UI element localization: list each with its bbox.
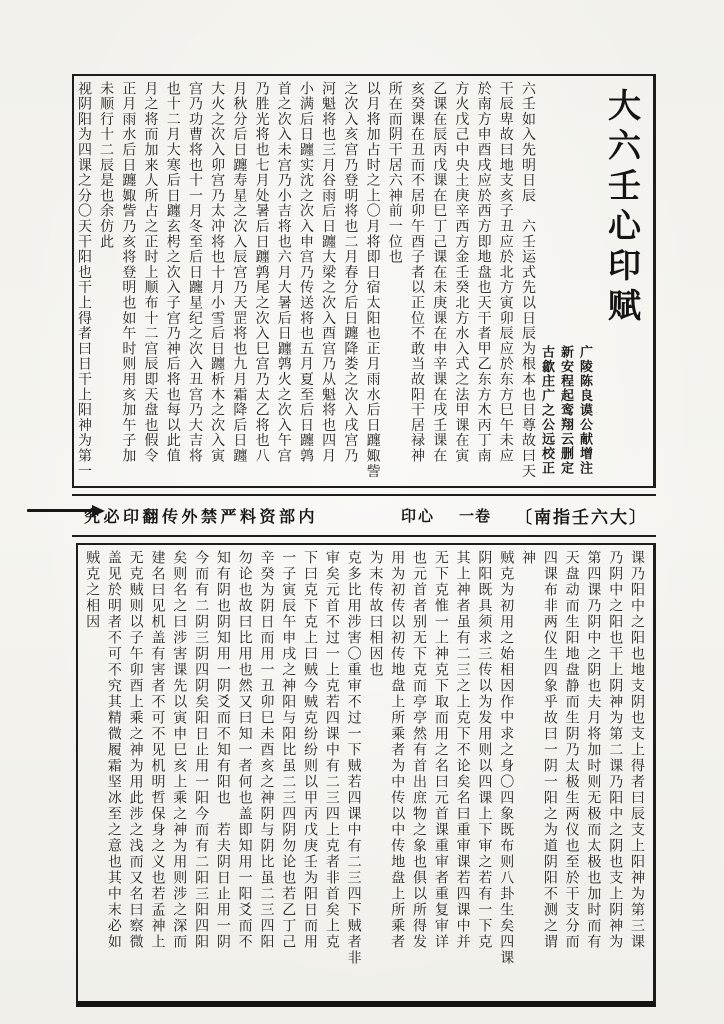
text-column: 神 (516, 550, 538, 996)
text-column: 贼克之相因 (80, 550, 102, 996)
text-column: 下曰克下克上曰贼今贼克纷纷则以甲丙戊庚壬为阳日而用 (298, 550, 320, 996)
volume-number: 一卷 (459, 505, 491, 526)
text-column: 一子寅辰午申戌之神阳与阳比虽二三四阴勿论也若乙丁己 (276, 550, 298, 996)
top-block-columns: 大六壬心印赋 广陵陈良谟公献增注 新安程起鸾翔云删定 古歙庄广之公远校正 六壬如… (74, 76, 653, 486)
text-column: 河魁将也三月谷雨后日躔大梁之次入酉宫乃从魁将也四月 (316, 81, 338, 481)
text-column: 矣则名之曰涉害课先以寅申巳亥上乘之神为用则涉之深而 (167, 550, 189, 996)
text-column: 大火之次入卯宫乃太冲将也十月小雪后日躔析木之次入寅 (205, 81, 227, 481)
text-column: 月之将而加来人所占之正时上顺布十二宫辰即天盘也假令 (138, 81, 160, 481)
book-title: 大六壬心印赋 (595, 81, 647, 481)
text-column: 建名曰见机盖有害者不可不见机明哲保身之义也若孟神上 (146, 550, 168, 996)
text-column: 贼克为初用之始相因作中求之身〇四象既布则八卦生矣四课 (494, 550, 516, 996)
byline-proofreader: 古歙庄广之公远校正 (538, 81, 557, 481)
text-column: 所在而阴干居六神前一位也 (383, 81, 405, 481)
section-name: 印心 (401, 505, 435, 526)
text-column: 也元首者别无下克而亭亭然有首出庶物之象也俱以所得发 (407, 550, 429, 996)
text-column: 四课布非两仪生四象乎故曰一阴一阳之为道阴阳不测之谓 (538, 550, 560, 996)
text-column: 辛癸为阴日而用一丑卯巳未酉亥之神阴与阴比虽二三四阳 (255, 550, 277, 996)
text-column: 宫乃功曹将也十一月冬至后日躔星纪之次入丑宫乃大吉将 (183, 81, 205, 481)
text-column: 干辰卑故曰地支亥子丑应於北方寅卯辰应於东方巳午未应 (494, 81, 516, 481)
text-column: 今而有二阴三阴四阴矣阳日止用一阳今而有二阳三阳四阳 (189, 550, 211, 996)
bottom-block-columns: 课乃阳中之阳也地支阴也支上得者曰辰支上阳神为第三课 乃阴中之阳也干上阴神为第二课… (78, 545, 653, 1001)
text-column: 无下克惟一上神克下取而用之名曰元首课重审者重复审详 (429, 550, 451, 996)
text-column: 亥癸课在丑而不居卯午酉子者以正位不敢当故阳干居禄神 (405, 81, 427, 481)
text-column: 乙课在辰丙戊课在巳丁己课在未庚课在申辛课在戌壬课在 (427, 81, 449, 481)
text-column: 知有阴也阴知用一阴爻而不知有阳也 若夫阴日止用一阴 (211, 550, 233, 996)
title-text-block: 大六壬心印赋 广陵陈良谟公献增注 新安程起鸾翔云删定 古歙庄广之公远校正 六壬如… (72, 74, 656, 488)
text-column: 克多比用涉害〇重审不过一下贼若四课中有二三四下贼者非 (342, 550, 364, 996)
text-column: 勿论也故曰比用也然又曰知一者何也盖即知用一阳爻而不 (233, 550, 255, 996)
running-book-title: 〔南指壬六大〕 (515, 503, 648, 528)
text-column: 乃阴中之阳也干上阴神为第二课乃阳中之阴也支上阴神为 (603, 550, 625, 996)
text-column: 小满后日躔实沈之次入申宫乃传送将也五月夏至后日躔鹑 (294, 81, 316, 481)
text-column: 方火戊己中央土庚辛西方金壬癸北方水入式之法甲课在寅 (449, 81, 471, 481)
byline-editor: 新安程起鸾翔云删定 (557, 81, 576, 481)
internal-material-notice: 究必印翻传外禁严料资部内 (84, 504, 318, 527)
text-column: 无克贼则以子午卯酉上乘之神为用此涉之浅而又名曰察微 (124, 550, 146, 996)
text-column: 视阴阳为四课之分〇天干阳也干上得者曰日干上阳神为第一 (72, 81, 94, 481)
dash-icon (27, 509, 93, 512)
text-column: 乃胜光将也七月处暑后日躔鹑尾之次入巳宫乃太乙将也八 (249, 81, 271, 481)
text-column: 第四课乃阴中之阴也夫月将加时则无极而太极也加时而有 (582, 550, 604, 996)
text-column: 六壬如入先明日辰 六壬运式先以日辰为根本也日尊故曰天 (516, 81, 538, 481)
text-column: 之次入亥宫乃登明将也二月春分后日躔降娄之次入戌宫乃 (338, 81, 360, 481)
text-column: 为末传故曰相因也 (364, 550, 386, 996)
running-title-group: 印心 一卷 〔南指壬六大〕 (401, 503, 648, 528)
text-column: 正月雨水后日躔娵訾乃亥将登明也如午时则用亥加午子加 (116, 81, 138, 481)
text-column: 以月将加占时之上〇月将即日宿太阳也正月雨水后日躔娵訾 (360, 81, 382, 481)
text-column: 盖见於明者不可不究其精微履霜坚冰至之意也其中末必如 (102, 550, 124, 996)
main-text-block: 课乃阳中之阳也地支阴也支上得者曰辰支上阳神为第三课 乃阴中之阳也干上阴神为第二课… (76, 543, 656, 1007)
text-column: 天盘动而生阳地盘静而生阴乃太极生两仪也至於干支分而 (560, 550, 582, 996)
text-column: 未顺行十二辰是也余仿此 (94, 81, 116, 481)
text-column: 其上神者虽有二三之上克下不论矣名曰重审课若四课中并 (451, 550, 473, 996)
margin-arrow-mark (27, 505, 105, 517)
text-column: 首之次入未宫乃小吉将也六月大暑后日躔鹑火之次入午宫 (272, 81, 294, 481)
text-column: 於南方申酉戌应於西方即地盘也天干者甲乙东方木丙丁南 (471, 81, 493, 481)
byline-annotator: 广陵陈良谟公献增注 (576, 81, 595, 481)
text-column: 月秋分后日躔寿星之次入辰宫乃天罡将也九月霜降后日躔 (227, 81, 249, 481)
text-column: 阴阳既具须求三传以为发用则以四课上下审之若有一下克 (473, 550, 495, 996)
text-column: 也十二月大寒后日躔玄枵之次入子宫乃神后将也每以此值 (161, 81, 183, 481)
text-column: 课乃阳中之阳也地支阴也支上得者曰辰支上阳神为第三课 (625, 550, 647, 996)
text-column: 审矣元首不过一上克若四课中有二三四上克者非首矣上克 (320, 550, 342, 996)
running-title-band: 究必印翻传外禁严料资部内 印心 一卷 〔南指壬六大〕 (72, 494, 656, 537)
arrowhead-icon (92, 505, 105, 517)
text-column: 用为初传以初传地盘上所乘者为中传以中传地盘上所乘者 (385, 550, 407, 996)
